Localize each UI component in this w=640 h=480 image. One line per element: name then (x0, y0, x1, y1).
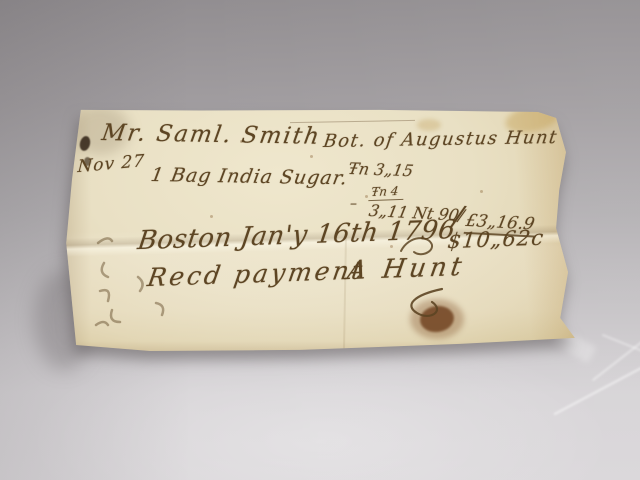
foxing-speck (210, 215, 213, 218)
foxing-speck (480, 190, 483, 193)
item-line: 1 Bag India Sugar. (149, 164, 350, 189)
receipt-paper: Mr. Saml. Smith Bot. of Augustus Hunt No… (60, 95, 580, 357)
minus-sign: – (350, 196, 357, 212)
tare-weight: Ŧn 4 (368, 184, 405, 201)
foxing-speck (365, 195, 368, 198)
bought-of-line: Bot. of Augustus Hunt (322, 127, 559, 152)
received-payment: Recd payment (145, 255, 367, 292)
place-date-line: Boston Jan'y 16th 1796 (136, 215, 458, 256)
vertical-crease (343, 235, 347, 350)
photo-scene: Mr. Saml. Smith Bot. of Augustus Hunt No… (0, 0, 640, 480)
signature: A Hunt (345, 252, 467, 286)
entry-date: Nov 27 (77, 151, 146, 177)
gross-weight: Ŧn 3„15 (347, 159, 415, 180)
foxing-speck (310, 155, 313, 158)
addressee-line: Mr. Saml. Smith (100, 120, 323, 150)
receipt-photo: Mr. Saml. Smith Bot. of Augustus Hunt No… (60, 95, 580, 357)
amount-dollars: $10„62c (446, 226, 545, 253)
